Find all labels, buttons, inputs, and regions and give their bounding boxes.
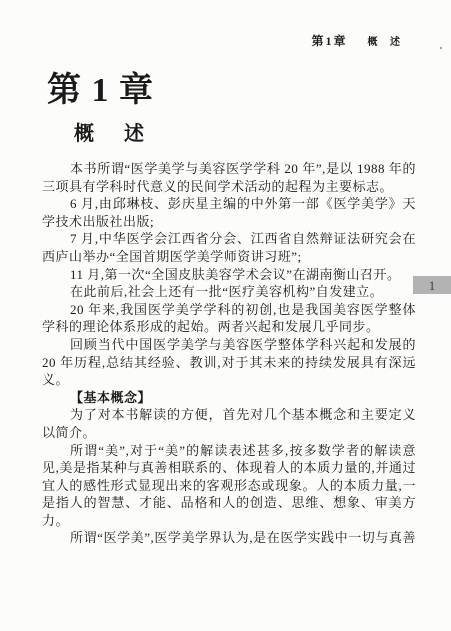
scan-speck <box>440 47 442 49</box>
text-line: 11 月,第一次“全国皮肤美容学术会议”在湖南衡山召开。 <box>42 266 416 284</box>
text-line: 回顾当代中国医学美学与美容医学整体学科兴起和发展的 <box>42 336 416 354</box>
text-line: 以简介。 <box>42 424 416 442</box>
chapter-subtitle: 概 述 <box>74 123 149 146</box>
text-line: 7 月,中华医学会江西省分会、江西省自然辩证法研究会在江 <box>42 230 416 248</box>
text-line: 20 年来,我国医学美学学科的初创,也是我国美容医学整体 <box>42 301 416 319</box>
text-line: 20 年历程,总结其经验、教训,对于其未来的持续发展具有深远意 <box>42 354 416 372</box>
text-line: 三项具有学科时代意义的民间学术活动的起程为主要标志。 <box>42 178 416 196</box>
chapter-title: 第 1 章 <box>47 72 154 109</box>
text-line: 6 月,由邱琳枝、彭庆星主编的中外第一部《医学美学》天津科 <box>42 195 416 213</box>
running-header: 第1章 概 述 <box>311 32 405 49</box>
text-line: 为了对本书解读的方便，首先对几个基本概念和主要定义加 <box>42 406 416 424</box>
text-line: 本书所谓“医学美学与美容医学学科 20 年”,是以 1988 年的 <box>42 160 416 178</box>
text-line: 宜人的感性形式显现出来的客观形态或现象。人的本质力量,一般 <box>42 477 416 495</box>
text-line: 义。 <box>42 371 416 389</box>
text-line: 所谓“医学美”,医学美学界认为,是在医学实践中一切与真善 <box>42 529 416 547</box>
text-line: 学技术出版社出版; <box>42 213 416 231</box>
text-line: 是指人的智慧、才能、品格和人的创造、思维、想象、审美方面的能 <box>42 494 416 512</box>
section-heading: 【基本概念】 <box>42 389 416 407</box>
text-line: 见,美是指某种与真善相联系的、体现着人的本质力量的,并通过 <box>42 459 416 477</box>
text-line: 所谓“美”,对于“美”的解读表述甚多,按多数学者的解读意 <box>42 442 416 460</box>
page-number: 1 <box>429 279 436 292</box>
book-page: 第1章 概 述 第 1 章 概 述 本书所谓“医学美学与美容医学学科 20 年”… <box>0 0 451 631</box>
running-header-section: 概 述 <box>368 33 406 48</box>
text-line: 力。 <box>42 512 416 530</box>
running-header-chapter: 第1章 <box>311 32 347 49</box>
body-text: 本书所谓“医学美学与美容医学学科 20 年”,是以 1988 年的三项具有学科时… <box>42 160 416 547</box>
text-line: 学科的理论体系形成的起始。两者兴起和发展几乎同步。 <box>42 318 416 336</box>
text-line: 西庐山举办“全国首期医学美学师资讲习班”; <box>42 248 416 266</box>
text-line: 在此前后,社会上还有一批“医疗美容机构”自发建立。 <box>42 283 416 301</box>
page-number-tab: 1 <box>413 276 451 294</box>
